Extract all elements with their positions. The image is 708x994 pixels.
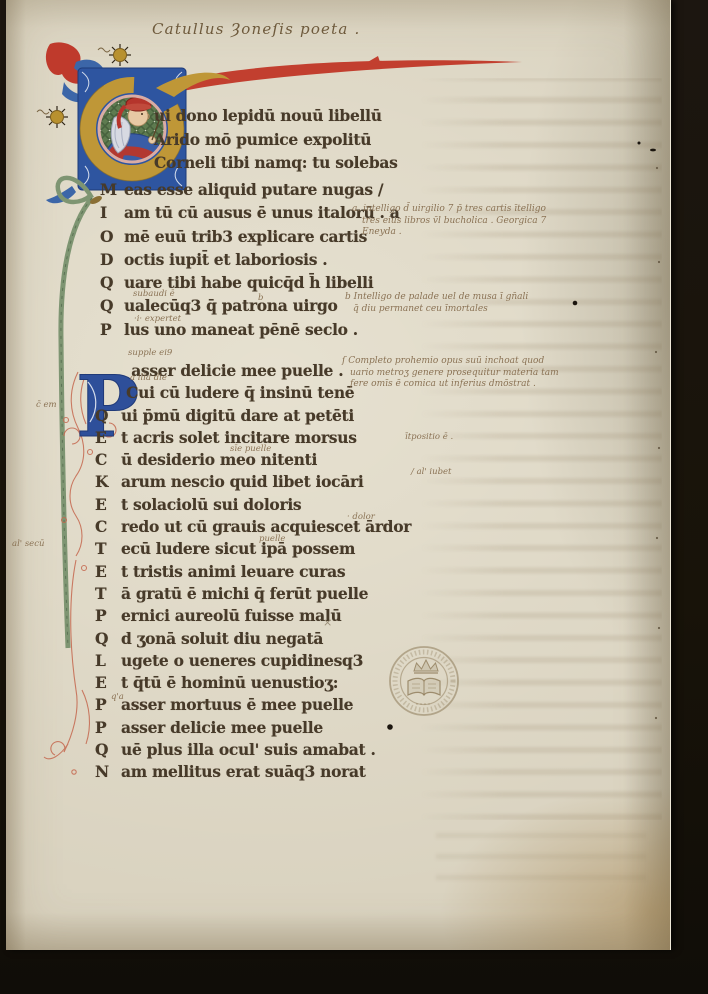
- verse-initial: I: [100, 201, 124, 224]
- verse-initial: K: [95, 471, 121, 493]
- verse-line: Nam mellitus erat suāq3 norat: [95, 761, 411, 783]
- verse-line: Corneli tibi namq: tu solebas: [154, 151, 398, 175]
- verse-line: Pernici aureolū fuisse malū: [95, 605, 411, 627]
- verse-initial: C: [95, 516, 121, 538]
- verse-initial: C: [95, 449, 121, 471]
- marginal-gloss-interpositio: ītpositio ē .: [405, 432, 453, 442]
- verse-line: Qui p̄mū digitū dare at petēti: [95, 405, 411, 427]
- interlinear-gloss-dolor: · dolor: [347, 512, 375, 522]
- interlinear-gloss-illa-die: a illa die: [130, 373, 167, 383]
- interlinear-gloss-puelle: puelle: [259, 534, 285, 544]
- verse-initial: T: [95, 583, 121, 605]
- verse-line: Qd ʒonā soluit diu negatā: [95, 628, 411, 650]
- verse-line: Et q̄tū ē hominū uenustioʒ:: [95, 672, 411, 694]
- marginal-note-c: ſ Completo prohemio opus suū inchoat quo…: [342, 356, 559, 391]
- verse-line: Quē plus illa ocul' suis amabat .: [95, 739, 411, 761]
- verse-initial: Q: [95, 405, 121, 427]
- verse-line: ui dono lepidū nouū libellū: [154, 104, 398, 128]
- interlinear-gloss-expertet: ·i· expertet: [134, 314, 181, 324]
- manuscript-page: P: [6, 0, 671, 950]
- red-pen-flourish: [173, 56, 522, 91]
- left-margin-note-1: c̄ em: [36, 400, 57, 410]
- verse-initial: L: [95, 650, 121, 672]
- marginal-note-b: b Intelligo de palade uel de musa ī gn̄a…: [345, 292, 528, 315]
- verse-initial: N: [95, 761, 121, 783]
- crown-icon: [414, 660, 438, 673]
- verse-initial: P: [95, 605, 121, 627]
- gold-besant: [98, 44, 131, 66]
- verse-line: Meas esse aliquid putare nugas /: [100, 178, 399, 201]
- verse-line: Tecū ludere sicut ipā possem: [95, 538, 411, 560]
- verse-line: Passer mortuus ē mee puelle: [95, 694, 411, 716]
- interlinear-gloss-subaudi: subaudi ē: [133, 289, 175, 299]
- poem1-opening-lines: ui dono lepidū nouū libellū Arido mō pum…: [154, 104, 398, 175]
- open-book-icon: [408, 678, 440, 695]
- verse-line: Doctis iupit̄ et laboriosis .: [100, 248, 399, 271]
- verse-initial: Q: [100, 294, 124, 317]
- verse-initial: Q: [95, 628, 121, 650]
- verse-initial: Q: [100, 271, 124, 294]
- interlinear-gloss-qa: q'a: [111, 692, 124, 702]
- verse-initial: O: [100, 225, 124, 248]
- verse-initial: E: [95, 427, 121, 449]
- verse-line: Tā gratū ē michi q̄ ferūt puelle: [95, 583, 411, 605]
- verse-initial: P: [100, 318, 124, 341]
- verse-line: Karum nescio quid libet iocāri: [95, 471, 411, 493]
- verse-line: Passer delicie mee puelle: [95, 717, 411, 739]
- marginal-note-a: a. intelligo d̄ uirgilio 7 p̄ tres carti…: [352, 204, 546, 239]
- interlinear-gloss-supple: supple ei9: [128, 348, 172, 358]
- poem2-lines: asser delicie mee puelle . Cui cū ludere…: [95, 360, 411, 784]
- margin-x-mark: ×: [323, 616, 332, 629]
- verse-initial: Q: [95, 739, 121, 761]
- verse-initial: E: [95, 494, 121, 516]
- verse-line: Arido mō pumice expolitū: [154, 128, 398, 152]
- verse-initial: P: [95, 717, 121, 739]
- verse-initial: D: [100, 248, 124, 271]
- verse-initial: M: [100, 178, 124, 201]
- marginal-gloss-al-iubet: / al' iubet: [411, 467, 451, 477]
- gold-besant: [37, 106, 68, 128]
- reference-letter-b: b: [258, 293, 263, 303]
- verse-initial: T: [95, 538, 121, 560]
- rubric-title: Catullus Ȝoneſis poeta .: [152, 20, 360, 38]
- verse-initial: E: [95, 561, 121, 583]
- verse-line: Et tristis animi leuare curas: [95, 561, 411, 583]
- left-margin-note-2: al' secū: [12, 539, 44, 549]
- interlinear-gloss-sie-puelle: sīe puelle: [230, 444, 271, 454]
- verse-line: Lugete o ueneres cupidinesq3: [95, 650, 411, 672]
